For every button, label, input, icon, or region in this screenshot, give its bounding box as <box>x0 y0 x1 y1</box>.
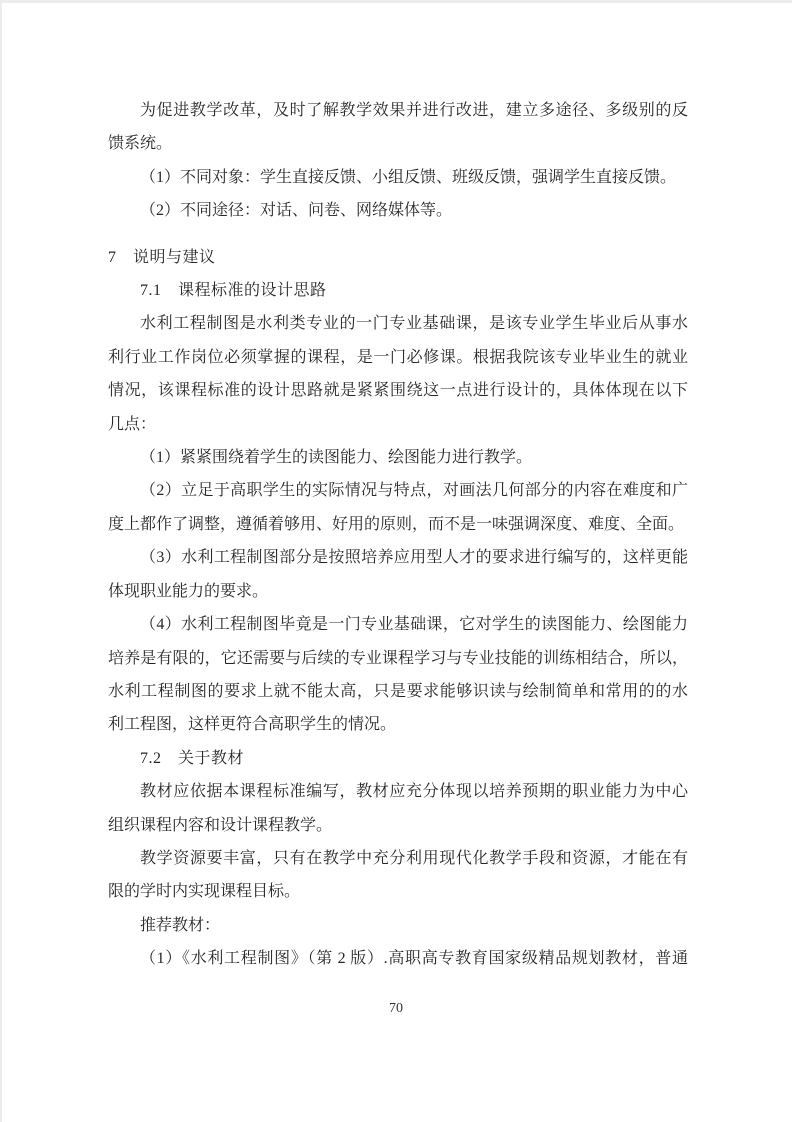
text-line: （1）《水利工程制图》（第 2 版）.高职高专教育国家级精品规划教材，普通 <box>108 942 688 975</box>
text-line: （2）不同途径：对话、问卷、网络媒体等。 <box>108 194 688 227</box>
page-number: 70 <box>0 1001 792 1017</box>
text-line: 体现职业能力的要求。 <box>108 575 688 608</box>
text-line: 7.2 关于教材 <box>108 742 688 775</box>
paragraph: 推荐教材： <box>108 909 688 942</box>
text-line: 利行业工作岗位必须掌握的课程，是一门必修课。根据我院该专业毕业生的就业 <box>108 341 688 374</box>
text-line: 水利工程制图是水利类专业的一门专业基础课，是该专业学生毕业后从事水 <box>108 307 688 340</box>
text-line: 情况，该课程标准的设计思路就是紧紧围绕这一点进行设计的，具体体现在以下 <box>108 374 688 407</box>
text-line: 教材应依据本课程标准编写，教材应充分体现以培养预期的职业能力为中心 <box>108 775 688 808</box>
text-line: 度上都作了调整，遵循着够用、好用的原则，而不是一味强调深度、难度、全面。 <box>108 508 688 541</box>
text-line: 教学资源要丰富，只有在教学中充分利用现代化教学手段和资源，才能在有 <box>108 842 688 875</box>
paragraph: （3）水利工程制图部分是按照培养应用型人才的要求进行编写的，这样更能体现职业能力… <box>108 541 688 608</box>
text-line: 推荐教材： <box>108 909 688 942</box>
text-line: 培养是有限的，它还需要与后续的专业课程学习与专业技能的训练相结合，所以， <box>108 642 688 675</box>
subsection-heading: 7.1 课程标准的设计思路 <box>108 274 688 307</box>
text-line: 利工程图，这样更符合高职学生的情况。 <box>108 708 688 741</box>
paragraph: 为促进教学改革，及时了解教学效果并进行改进，建立多途径、多级别的反馈系统。 <box>108 94 688 161</box>
text-line: 为促进教学改革，及时了解教学效果并进行改进，建立多途径、多级别的反 <box>108 94 688 127</box>
paragraph: 水利工程制图是水利类专业的一门专业基础课，是该专业学生毕业后从事水利行业工作岗位… <box>108 307 688 441</box>
text-line: 限的学时内实现课程目标。 <box>108 875 688 908</box>
paragraph: （4）水利工程制图毕竟是一门专业基础课，它对学生的读图能力、绘图能力培养是有限的… <box>108 608 688 742</box>
text-line: 几点： <box>108 408 688 441</box>
text-line: （1）紧紧围绕着学生的读图能力、绘图能力进行教学。 <box>108 441 688 474</box>
paragraph: （1）紧紧围绕着学生的读图能力、绘图能力进行教学。 <box>108 441 688 474</box>
text-line: 水利工程制图的要求上就不能太高，只是要求能够识读与绘制简单和常用的的水 <box>108 675 688 708</box>
text-line: 7.1 课程标准的设计思路 <box>108 274 688 307</box>
paragraph: （1）不同对象：学生直接反馈、小组反馈、班级反馈，强调学生直接反馈。 <box>108 161 688 194</box>
document-body: 为促进教学改革，及时了解教学效果并进行改进，建立多途径、多级别的反馈系统。（1）… <box>108 94 688 976</box>
paragraph: （2）立足于高职学生的实际情况与特点，对画法几何部分的内容在难度和广度上都作了调… <box>108 474 688 541</box>
paragraph: 教学资源要丰富，只有在教学中充分利用现代化教学手段和资源，才能在有限的学时内实现… <box>108 842 688 909</box>
text-line: （4）水利工程制图毕竟是一门专业基础课，它对学生的读图能力、绘图能力 <box>108 608 688 641</box>
text-line: 组织课程内容和设计课程教学。 <box>108 809 688 842</box>
paragraph: （2）不同途径：对话、问卷、网络媒体等。 <box>108 194 688 227</box>
subsection-heading: 7.2 关于教材 <box>108 742 688 775</box>
paragraph: 教材应依据本课程标准编写，教材应充分体现以培养预期的职业能力为中心组织课程内容和… <box>108 775 688 842</box>
text-line: 馈系统。 <box>108 127 688 160</box>
text-line: 7 说明与建议 <box>108 241 688 274</box>
text-line: （1）不同对象：学生直接反馈、小组反馈、班级反馈，强调学生直接反馈。 <box>108 161 688 194</box>
section-heading: 7 说明与建议 <box>108 241 688 274</box>
document-page: 为促进教学改革，及时了解教学效果并进行改进，建立多途径、多级别的反馈系统。（1）… <box>0 0 792 1122</box>
text-line: （3）水利工程制图部分是按照培养应用型人才的要求进行编写的，这样更能 <box>108 541 688 574</box>
paragraph: （1）《水利工程制图》（第 2 版）.高职高专教育国家级精品规划教材，普通 <box>108 942 688 975</box>
text-line: （2）立足于高职学生的实际情况与特点，对画法几何部分的内容在难度和广 <box>108 474 688 507</box>
